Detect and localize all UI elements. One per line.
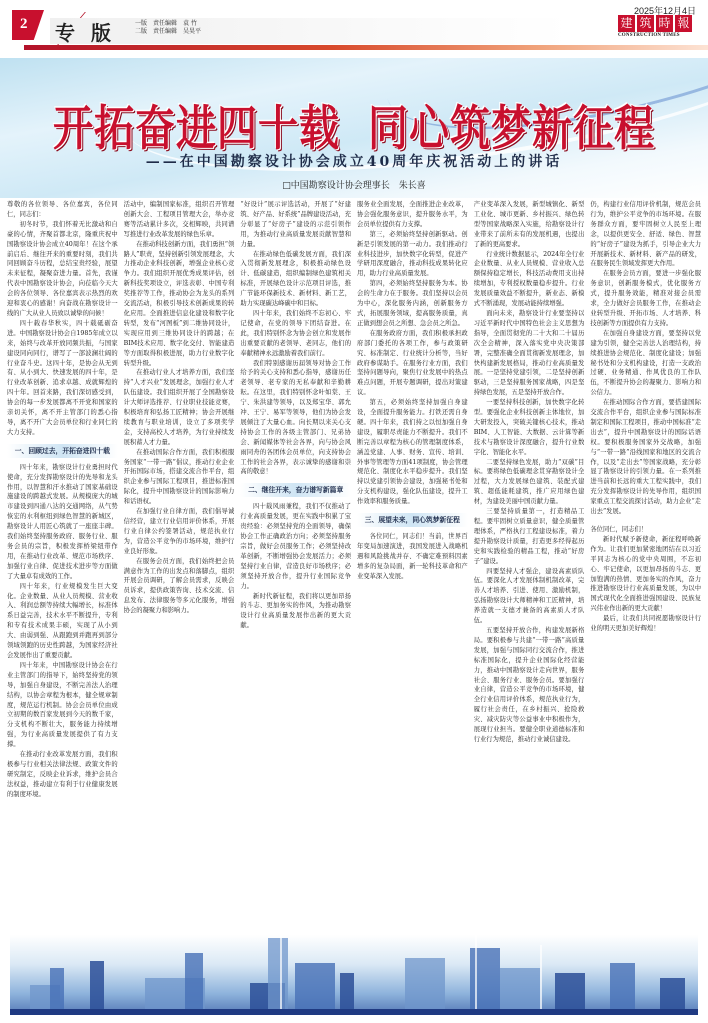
- paragraph: 我们特别感谢历届领导对协会工作给予的关心支持和悉心指导，感谢历任老领导、老专家的…: [240, 359, 351, 478]
- column-5: 产业变革深入发展，新型城镇化、新型工业化、城市更新、乡村振兴、绿色转型等国家战略…: [474, 200, 585, 940]
- section-heading-3: 三、展望未来，同心筑梦新征程: [357, 513, 468, 527]
- paragraph: 在服务会员方面，要进一步强化服务意识，创新服务模式，优化服务方式，提升服务效能，…: [590, 269, 701, 328]
- logo-char: 時: [656, 15, 673, 32]
- page-masthead: 2 专版 一版责任编辑袁 竹 二版责任编辑吴昊平 2025年12月4日 建 筑 …: [0, 0, 708, 50]
- paragraph: 四十载风雨兼程，我们不仅推动了行业高质量发展，更在实践中积累了宝贵经验：必须坚持…: [240, 502, 351, 591]
- column-1: 尊敬的各位领导、各位嘉宾，各位同仁，同志们： 初冬时节，我们怀着无比激动和自豪的…: [7, 200, 118, 940]
- paragraph: 四十年来，中国勘察设计协会在行业主管部门的指导下，始终坚持党的领导，加强自身建设…: [7, 661, 118, 750]
- greeting: 各位同仁，同志们！: [590, 525, 701, 535]
- paragraph: 四要坚持人才强企，建设高素质队伍。要深化人才发展体制机制改革，完善人才培养、引进…: [474, 567, 585, 626]
- column-4: 服务业全面发展，全面推进企业改革，协会强化服务意识，提升服务水平，为会员单位提供…: [357, 200, 468, 940]
- paragraph: 一要坚持科技创新，加快数字化转型。要强化企业科技创新主体地位，加大研发投入，突破…: [474, 398, 585, 457]
- editor-credits: 一版责任编辑袁 竹 二版责任编辑吴昊平: [135, 20, 207, 36]
- section-title: 专版: [55, 17, 127, 46]
- salutation: 尊敬的各位领导、各位嘉宾，各位同仁，同志们：: [7, 200, 118, 220]
- paragraph: 在推动国际合作方面，我们积极服务国家“一带一路”倡议，推动行业企业开拓国际市场，…: [124, 448, 235, 507]
- column-3: “好设计”展示评选活动，开展了“好建筑、好产品、好系统”品牌建设活动，充分彰显了…: [240, 200, 351, 940]
- closing-paragraph: 最后，让我们共同祝愿勘察设计行业的明天更加美好辉煌！: [590, 614, 701, 634]
- paragraph: 在推动国际合作方面，要搭建国际交流合作平台，组织企业参与国际标准制定和国际工程项…: [590, 398, 701, 517]
- headline-part-1: 开拓奋进四十载: [53, 101, 340, 156]
- paragraph: 四十年来，我们始终不忘初心、牢记使命，在党的领导下团结奋进。在此，我们特别怀念为…: [240, 309, 351, 359]
- edition-label: 一版: [135, 20, 147, 27]
- editor-name: 袁 竹: [183, 20, 197, 27]
- paragraph: 在加强自身建设方面，要坚持以党建为引领，健全完善法人治理结构，持续推进协会规范化…: [590, 329, 701, 398]
- paragraph: 第五，必须始终坚持加强自身建设，全面提升服务能力。打铁还需自身硬。四十年来，我们…: [357, 398, 468, 507]
- editor-role: 责任编辑: [153, 28, 177, 35]
- column-2: 活动中，编制国家标准，组织召开管理创新大会、工程项目管理大会，举办竞赛等活动累计…: [124, 200, 235, 940]
- paragraph: “好设计”展示评选活动，开展了“好建筑、好产品、好系统”品牌建设活动，充分彰显了…: [240, 200, 351, 250]
- author-byline: □中国勘察设计协会理事长 朱长喜: [0, 178, 708, 191]
- paragraph: 四十年来，勘察设计行业勇担时代使命，充分发挥勘察设计的先导和龙头作用，以智慧和汗…: [7, 463, 118, 582]
- article-body: 尊敬的各位领导、各位嘉宾，各位同仁，同志们： 初冬时节，我们怀着无比激动和自豪的…: [7, 200, 701, 940]
- logo-char: 筑: [637, 15, 654, 32]
- paragraph: 在推动绿色低碳发展方面，我们深入贯彻新发展理念，积极推动绿色设计、低碳建造，组织…: [240, 250, 351, 309]
- paragraph: 初冬时节，我们怀着无比激动和自豪的心情，齐聚首都北京，隆重庆祝中国勘察设计协会成…: [7, 220, 118, 319]
- city-skyline-illustration: [10, 925, 698, 1023]
- paragraph: 在推动科技创新方面，我们勇担“领路人”职责，坚持创新引领发展理念，大力推动企业科…: [124, 240, 235, 369]
- edition-label: 二版: [135, 28, 147, 35]
- headline-part-2: 同心筑梦新征程: [368, 101, 655, 156]
- paragraph: 第四，必须始终坚持服务为本。协会的生命力在于服务。我们坚持以会员为中心，深化服务…: [357, 279, 468, 329]
- paragraph: 行业统计数据显示，2024年全行业企业数量、从业人员规模、营业收入总额保持稳定增…: [474, 250, 585, 309]
- newspaper-logo: 建 筑 時 報 CONSTRUCTION TIMES: [618, 15, 694, 38]
- paragraph: 三要坚持质量第一，打造精品工程。要牢固树立质量意识，健全质量管理体系，严格执行工…: [474, 507, 585, 566]
- editor-credit-2: 二版责任编辑吴昊平: [135, 28, 207, 36]
- paragraph: 面向未来，勘察设计行业要坚持以习近平新时代中国特色社会主义思想为指导，全面贯彻党…: [474, 309, 585, 398]
- header-red-rule: [24, 45, 708, 50]
- editor-credit-1: 一版责任编辑袁 竹: [135, 20, 207, 28]
- paragraph: 产业变革深入发展，新型城镇化、新型工业化、城市更新、乡村振兴、绿色转型等国家战略…: [474, 200, 585, 250]
- headline-banner: 开拓奋进四十载同心筑梦新征程 ——在中国勘察设计协会成立40周年庆祝活动上的讲话…: [0, 58, 708, 198]
- column-6: 仍，构建行业信用评价机制，规范会员行为，维护公平竞争的市场环境。在服务群众方面，…: [590, 200, 701, 940]
- paragraph: 在加强行业自律方面，我们倡导诚信经营，建立行业信用评价体系，开展行业自律公约签署…: [124, 507, 235, 557]
- paragraph: 在推动行业人才培养方面，我们坚持“人才兴业”发展理念，加强行业人才队伍建设。我们…: [124, 368, 235, 447]
- logo-char: 建: [618, 15, 635, 32]
- paragraph: 服务业全面发展，全面推进企业改革，协会强化服务意识，提升服务水平，为会员单位提供…: [357, 200, 468, 230]
- paragraph: 新时代赋予新使命，新征程呼唤新作为。让我们更加紧密地团结在以习近平同志为核心的党…: [590, 535, 701, 614]
- paragraph: 活动中，编制国家标准，组织召开管理创新大会、工程项目管理大会，举办竞赛等活动累计…: [124, 200, 235, 240]
- paragraph: 在服务政府方面，我们积极承担政府部门委托的各项工作，参与政策研究、标准制定、行业…: [357, 329, 468, 398]
- logo-english: CONSTRUCTION TIMES: [618, 33, 694, 38]
- section-heading-2: 二、继往开来，奋力谱写新篇章: [240, 483, 351, 497]
- paragraph: 第三，必须始终坚持创新驱动。创新是引领发展的第一动力。我们推动行业科技进步，加快…: [357, 230, 468, 280]
- paragraph: 四十载春华秋实，四十载砥砺奋进。中国勘察设计协会自1985年成立以来，始终与改革…: [7, 319, 118, 438]
- editor-name: 吴昊平: [183, 28, 201, 35]
- main-headline: 开拓奋进四十载同心筑梦新征程: [0, 90, 708, 158]
- header-band: [50, 18, 570, 44]
- paragraph: 在服务会员方面，我们始终把会员满意作为工作的出发点和落脚点，组织开展会员调研，了…: [124, 557, 235, 616]
- subheadline: ——在中国勘察设计协会成立40周年庆祝活动上的讲话: [0, 151, 708, 171]
- editor-role: 责任编辑: [153, 20, 177, 27]
- paragraph: 仍，构建行业信用评价机制，规范会员行为，维护公平竞争的市场环境。在服务群众方面，…: [590, 200, 701, 269]
- paragraph: 新时代新征程，我们将以更加昂扬的斗志、更加务实的作风，为推动勘察设计行业高质量发…: [240, 592, 351, 632]
- paragraph: 二要坚持绿色发展，助力“双碳”目标。要将绿色低碳理念贯穿勘察设计全过程，大力发展…: [474, 458, 585, 508]
- logo-char: 報: [675, 15, 692, 32]
- paragraph: 各位同仁，同志们！当前，世界百年变局加速演进，我国发展进入战略机遇和风险挑战并存…: [357, 532, 468, 582]
- section-heading-1: 一、回顾过去，开拓奋进四十载: [7, 444, 118, 458]
- paragraph: 在推动行业改革发展方面，我们积极参与行业相关法律法规、政策文件的研究制定，反映企…: [7, 750, 118, 800]
- paragraph: 四十年来，行业规模发生巨大变化。企业数量、从业人员规模、营业收入、利润总额等持续…: [7, 582, 118, 661]
- paragraph: 五要坚持开放合作，构建发展新格局。要积极参与共建“一带一路”高质量发展，加强与国…: [474, 626, 585, 745]
